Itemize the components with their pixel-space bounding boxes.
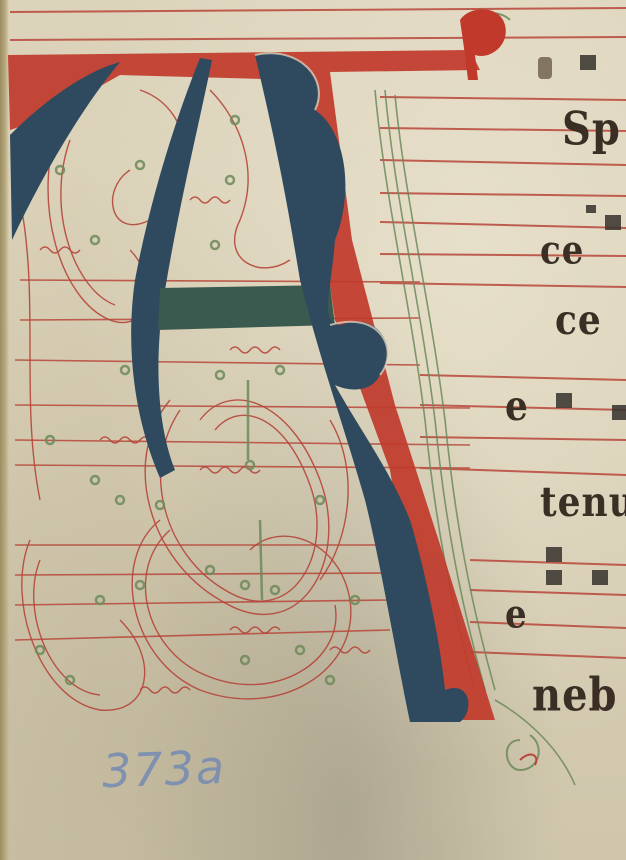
- text-fragment: ce: [555, 296, 602, 344]
- shelfmark: 373a: [101, 740, 227, 798]
- neume: [605, 215, 621, 230]
- neume: [586, 205, 596, 213]
- text-fragment: ce: [540, 228, 584, 274]
- initial-letter-a: [8, 9, 506, 722]
- neume: [556, 393, 572, 408]
- neume: [546, 570, 562, 585]
- text-fragment: Sp: [562, 102, 621, 156]
- text-fragment: tenu: [540, 478, 626, 526]
- illumination-art: [0, 0, 626, 860]
- neume: [546, 547, 562, 562]
- neume: [612, 405, 626, 420]
- neume: [538, 57, 552, 79]
- neume: [592, 570, 608, 585]
- neume: [580, 55, 596, 70]
- manuscript-page: Sp ce ce e tenu e neb 373a: [0, 0, 626, 860]
- text-fragment: e: [505, 382, 529, 430]
- text-fragment: e: [505, 592, 528, 638]
- text-fragment: neb: [532, 668, 618, 722]
